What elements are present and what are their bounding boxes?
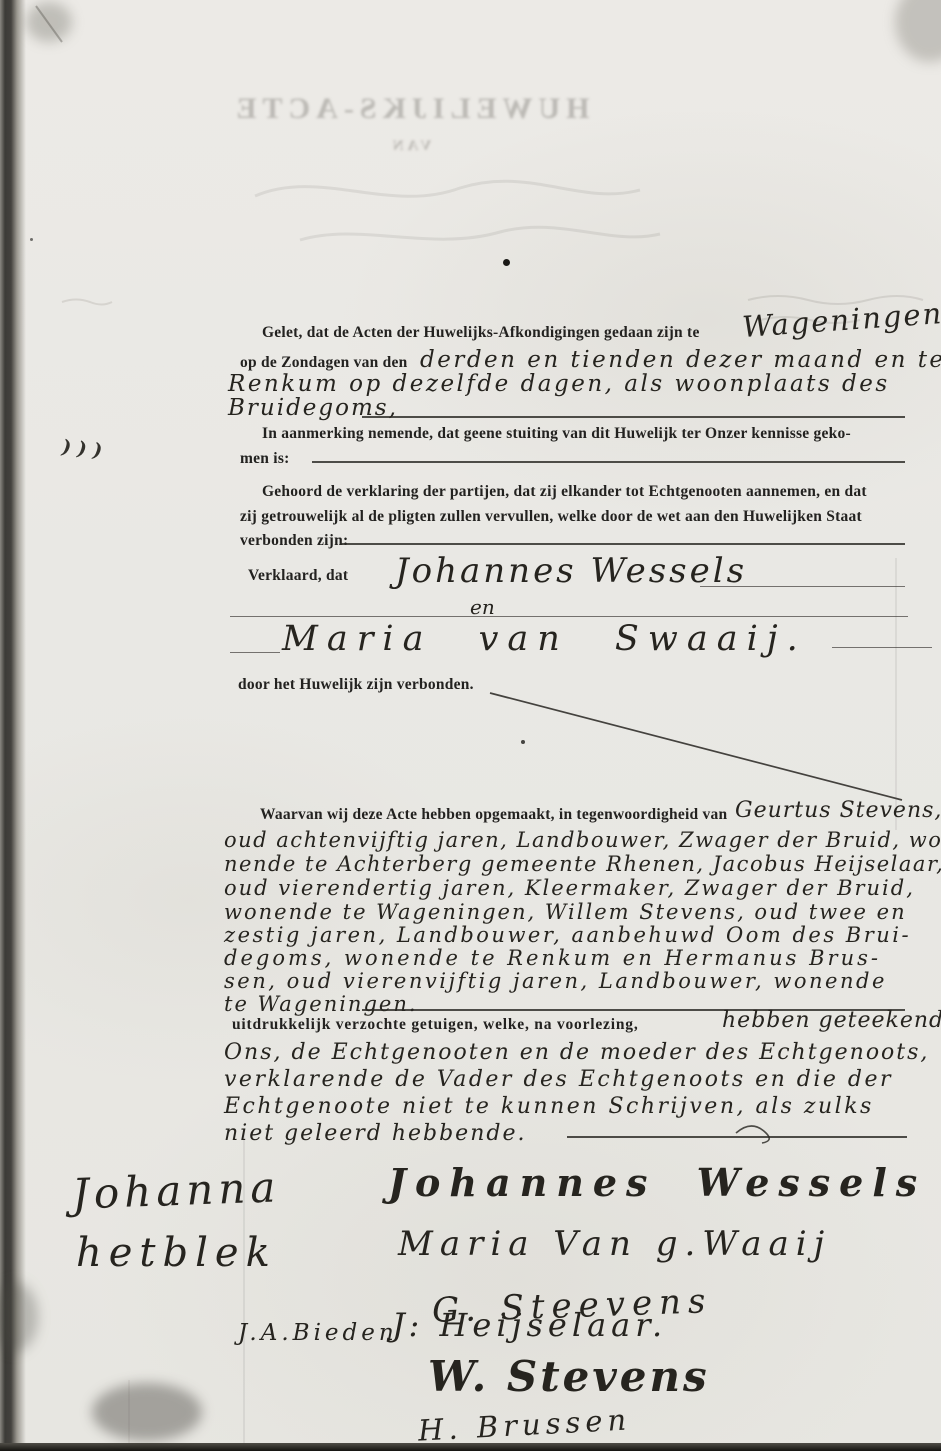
handwritten-dates: derden en tienden dezer maand en te <box>420 347 941 373</box>
ink-dot <box>521 740 525 744</box>
handwritten-witness-inline: Geurtus Stevens, <box>735 798 941 823</box>
fill-rule <box>340 543 905 545</box>
handwritten-witness-line: sen, oud vierenvijftig jaren, Landbouwer… <box>224 969 887 993</box>
signature-mother-line2: hetblek <box>76 1230 277 1276</box>
handwritten-place-wageningen: Wageningen <box>741 296 941 344</box>
handwritten-witness-line: degoms, wonende te Renkum en Hermanus Br… <box>224 946 881 970</box>
signature-registrar: J.A.Bieden <box>238 1320 398 1346</box>
handwritten-connector-en: en <box>470 595 495 619</box>
fill-rule <box>362 416 905 418</box>
fold-crease-bottom-left <box>128 1380 130 1443</box>
ink-dot <box>503 259 510 266</box>
printed-line-getrouwelijk: zij getrouwelijk al de pligten zullen ve… <box>240 508 862 526</box>
signature-bride: Maria Van g.Waaij <box>398 1224 831 1264</box>
handwritten-witness-line: oud vierendertig jaren, Kleermaker, Zwag… <box>224 876 915 900</box>
handwritten-bride-name: Maria van Swaaij. <box>282 619 807 659</box>
printed-line-aanmerking: In aanmerking nemende, dat geene stuitin… <box>262 425 851 443</box>
handwritten-voorlezing-inline: hebben geteekend, met <box>722 1008 941 1033</box>
fill-rule <box>312 461 905 463</box>
signature-witness-brussen: H. Brussen <box>417 1402 632 1447</box>
handwritten-voorlezing-line: Echtgenoote niet te kunnen Schrijven, al… <box>224 1094 874 1119</box>
printed-line-waarvan: Waarvan wij deze Acte hebben opgemaakt, … <box>260 806 727 824</box>
printed-line-men-is: men is: <box>240 450 290 468</box>
signature-witness-w-stevens: W. Stevens <box>428 1352 710 1401</box>
handwritten-voorlezing-line: verklarende de Vader des Echtgenoots en … <box>224 1067 893 1092</box>
ink-dot <box>30 238 33 241</box>
handwritten-witness-line: oud achtenvijftig jaren, Landbouwer, Zwa… <box>224 828 941 852</box>
fill-rule <box>700 586 905 587</box>
printed-line-door-het-huwelijk: door het Huwelijk zijn verbonden. <box>238 676 474 694</box>
signature-witness-heijselaar: J: Heijselaar. <box>392 1306 667 1344</box>
fill-rule <box>230 616 908 617</box>
scan-left-edge <box>0 0 26 1451</box>
fill-rule <box>567 1136 907 1138</box>
printed-line-gelet: Gelet, dat de Acten der Huwelijks-Afkond… <box>262 324 700 342</box>
handwritten-voorlezing-line: Ons, de Echtgenooten en de moeder des Ec… <box>224 1040 929 1065</box>
bleed-subtitle: VAN <box>225 138 595 155</box>
printed-line-gehoord: Gehoord de verklaring der partijen, dat … <box>262 483 867 501</box>
handwritten-groom-name: Johannes Wessels <box>395 551 747 591</box>
handwritten-witness-line: zestig jaren, Landbouwer, aanbehuwd Oom … <box>224 923 911 947</box>
bleed-title: HUWELIJKS-ACTE <box>225 92 595 126</box>
signature-mother-line1: Johanna <box>71 1162 281 1218</box>
fill-rule <box>832 647 932 648</box>
corner-smudge-top-right <box>895 0 941 62</box>
signature-groom: Johannes Wessels <box>388 1160 926 1205</box>
printed-line-zondagen: op de Zondagen van den <box>240 354 407 372</box>
smudge-left-mid <box>0 1282 38 1352</box>
marriage-certificate-scan: HUWELIJKS-ACTE VAN ) ) ) Gelet, dat de A… <box>0 0 941 1451</box>
margin-marks: ) ) ) <box>61 436 103 462</box>
smudge-top-left <box>26 2 72 42</box>
smudge-bottom-left <box>92 1383 202 1441</box>
handwritten-voorlezing-line: niet geleerd hebbende. <box>224 1121 526 1146</box>
handwritten-witness-line: te Wageningen. <box>224 992 418 1016</box>
fold-crease-right <box>895 558 897 830</box>
printed-line-verbonden-zijn: verbonden zijn: <box>240 532 348 550</box>
handwritten-renkum-line: Renkum op dezelfde dagen, als woonplaats… <box>228 371 890 397</box>
handwritten-witness-line: nende te Achterberg gemeente Rhenen, Jac… <box>224 852 941 876</box>
printed-line-uitdrukkelijk: uitdrukkelijk verzochte getuigen, welke,… <box>232 1016 639 1034</box>
fill-rule <box>230 652 280 653</box>
handwritten-witness-line: wonende te Wageningen, Willem Stevens, o… <box>224 900 907 924</box>
printed-line-verklaard: Verklaard, dat <box>248 567 348 585</box>
